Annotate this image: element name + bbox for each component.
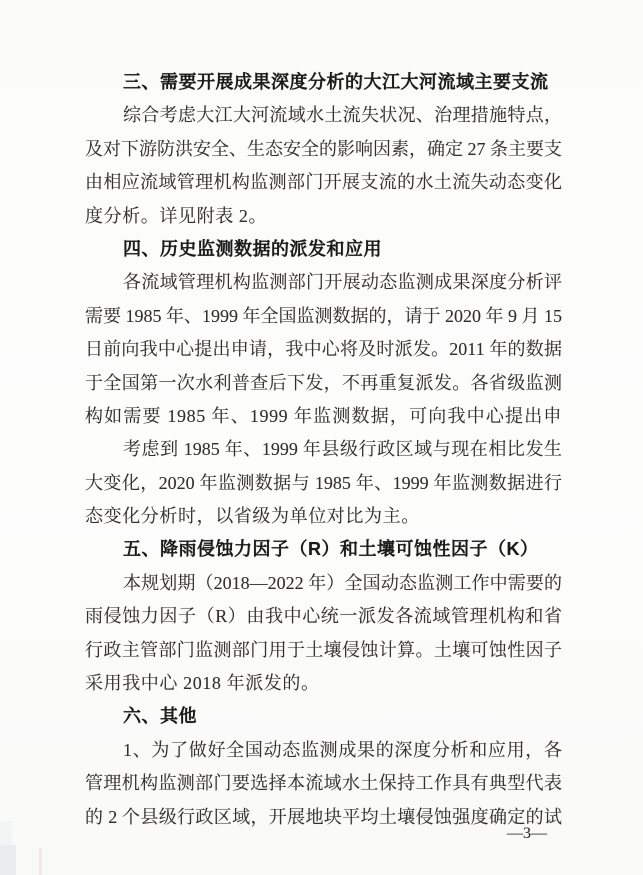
text-line: 雨侵蚀力因子（R）由我中心统一派发各流域管理机构和省级水 xyxy=(85,600,562,633)
text-line: 态变化分析时，以省级为单位对比为主。 xyxy=(85,500,562,533)
text-line: 及对下游防洪安全、生态安全的影响因素，确定 27 条主要支流 xyxy=(85,133,562,166)
section-heading: 六、其他 xyxy=(85,700,562,733)
text-line: 采用我中心 2018 年派发的。 xyxy=(85,667,562,700)
text-line: 度分析。详见附表 2。 xyxy=(85,200,562,233)
page-number: —3— xyxy=(507,825,547,842)
section-heading: 五、降雨侵蚀力因子（R）和土壤可蚀性因子（K） xyxy=(85,533,562,566)
scan-shadow-artifact xyxy=(0,821,12,847)
text-line: 构如需要 1985 年、1999 年监测数据，可向我中心提出申请。 xyxy=(85,400,562,433)
paragraph: 综合考虑大江大河流域水土流失状况、治理措施特点，以及对下游防洪安全、生态安全的影… xyxy=(85,99,562,233)
text-line: 各流域管理机构监测部门开展动态监测成果深度分析评价 xyxy=(85,266,562,299)
text-line: 综合考虑大江大河流域水土流失状况、治理措施特点，以 xyxy=(85,99,562,132)
document-section: 六、其他1、为了做好全国动态监测成果的深度分析和应用，各流域管理机构监测部门要选… xyxy=(85,700,562,834)
paragraph: 考虑到 1985 年、1999 年县级行政区域与现在相比发生了较大变化，2020… xyxy=(85,433,562,533)
text-line: 大变化，2020 年监测数据与 1985 年、1999 年监测数据进行动 xyxy=(85,467,562,500)
text-line: 1、为了做好全国动态监测成果的深度分析和应用，各流域 xyxy=(85,734,562,767)
section-heading: 三、需要开展成果深度分析的大江大河流域主要支流 xyxy=(85,66,562,99)
document-page: 三、需要开展成果深度分析的大江大河流域主要支流综合考虑大江大河流域水土流失状况、… xyxy=(0,0,643,875)
page-footer: —3— xyxy=(507,823,547,845)
text-line: 日前向我中心提出申请，我中心将及时派发。2011 年的数据已 xyxy=(85,333,562,366)
section-heading: 四、历史监测数据的派发和应用 xyxy=(85,233,562,266)
paragraph: 1、为了做好全国动态监测成果的深度分析和应用，各流域管理机构监测部门要选择本流域… xyxy=(85,734,562,834)
document-content: 三、需要开展成果深度分析的大江大河流域主要支流综合考虑大江大河流域水土流失状况、… xyxy=(85,66,562,834)
scan-shadow-artifact xyxy=(0,845,16,875)
text-line: 行政主管部门监测部门用于土壤侵蚀计算。土壤可蚀性因子（K） xyxy=(85,634,562,667)
text-line: 考虑到 1985 年、1999 年县级行政区域与现在相比发生了较 xyxy=(85,433,562,466)
text-line: 于全国第一次水利普查后下发，不再重复派发。各省级监测机 xyxy=(85,367,562,400)
text-line: 需要 1985 年、1999 年全国监测数据的，请于 2020 年 9 月 15 xyxy=(85,300,562,333)
paragraph: 本规划期（2018—2022 年）全国动态监测工作中需要的降雨侵蚀力因子（R）由… xyxy=(85,567,562,701)
document-section: 三、需要开展成果深度分析的大江大河流域主要支流综合考虑大江大河流域水土流失状况、… xyxy=(85,66,562,233)
document-section: 五、降雨侵蚀力因子（R）和土壤可蚀性因子（K）本规划期（2018—2022 年）… xyxy=(85,533,562,700)
text-line: 本规划期（2018—2022 年）全国动态监测工作中需要的降 xyxy=(85,567,562,600)
paragraph: 各流域管理机构监测部门开展动态监测成果深度分析评价需要 1985 年、1999 … xyxy=(85,266,562,433)
document-section: 四、历史监测数据的派发和应用各流域管理机构监测部门开展动态监测成果深度分析评价需… xyxy=(85,233,562,534)
scan-stain-artifact xyxy=(39,848,42,875)
text-line: 管理机构监测部门要选择本流域水土保持工作具有典型代表性 xyxy=(85,767,562,800)
text-line: 的 2 个县级行政区域，开展地块平均土壤侵蚀强度确定的试点 xyxy=(85,801,562,834)
text-line: 由相应流域管理机构监测部门开展支流的水土流失动态变化深 xyxy=(85,166,562,199)
